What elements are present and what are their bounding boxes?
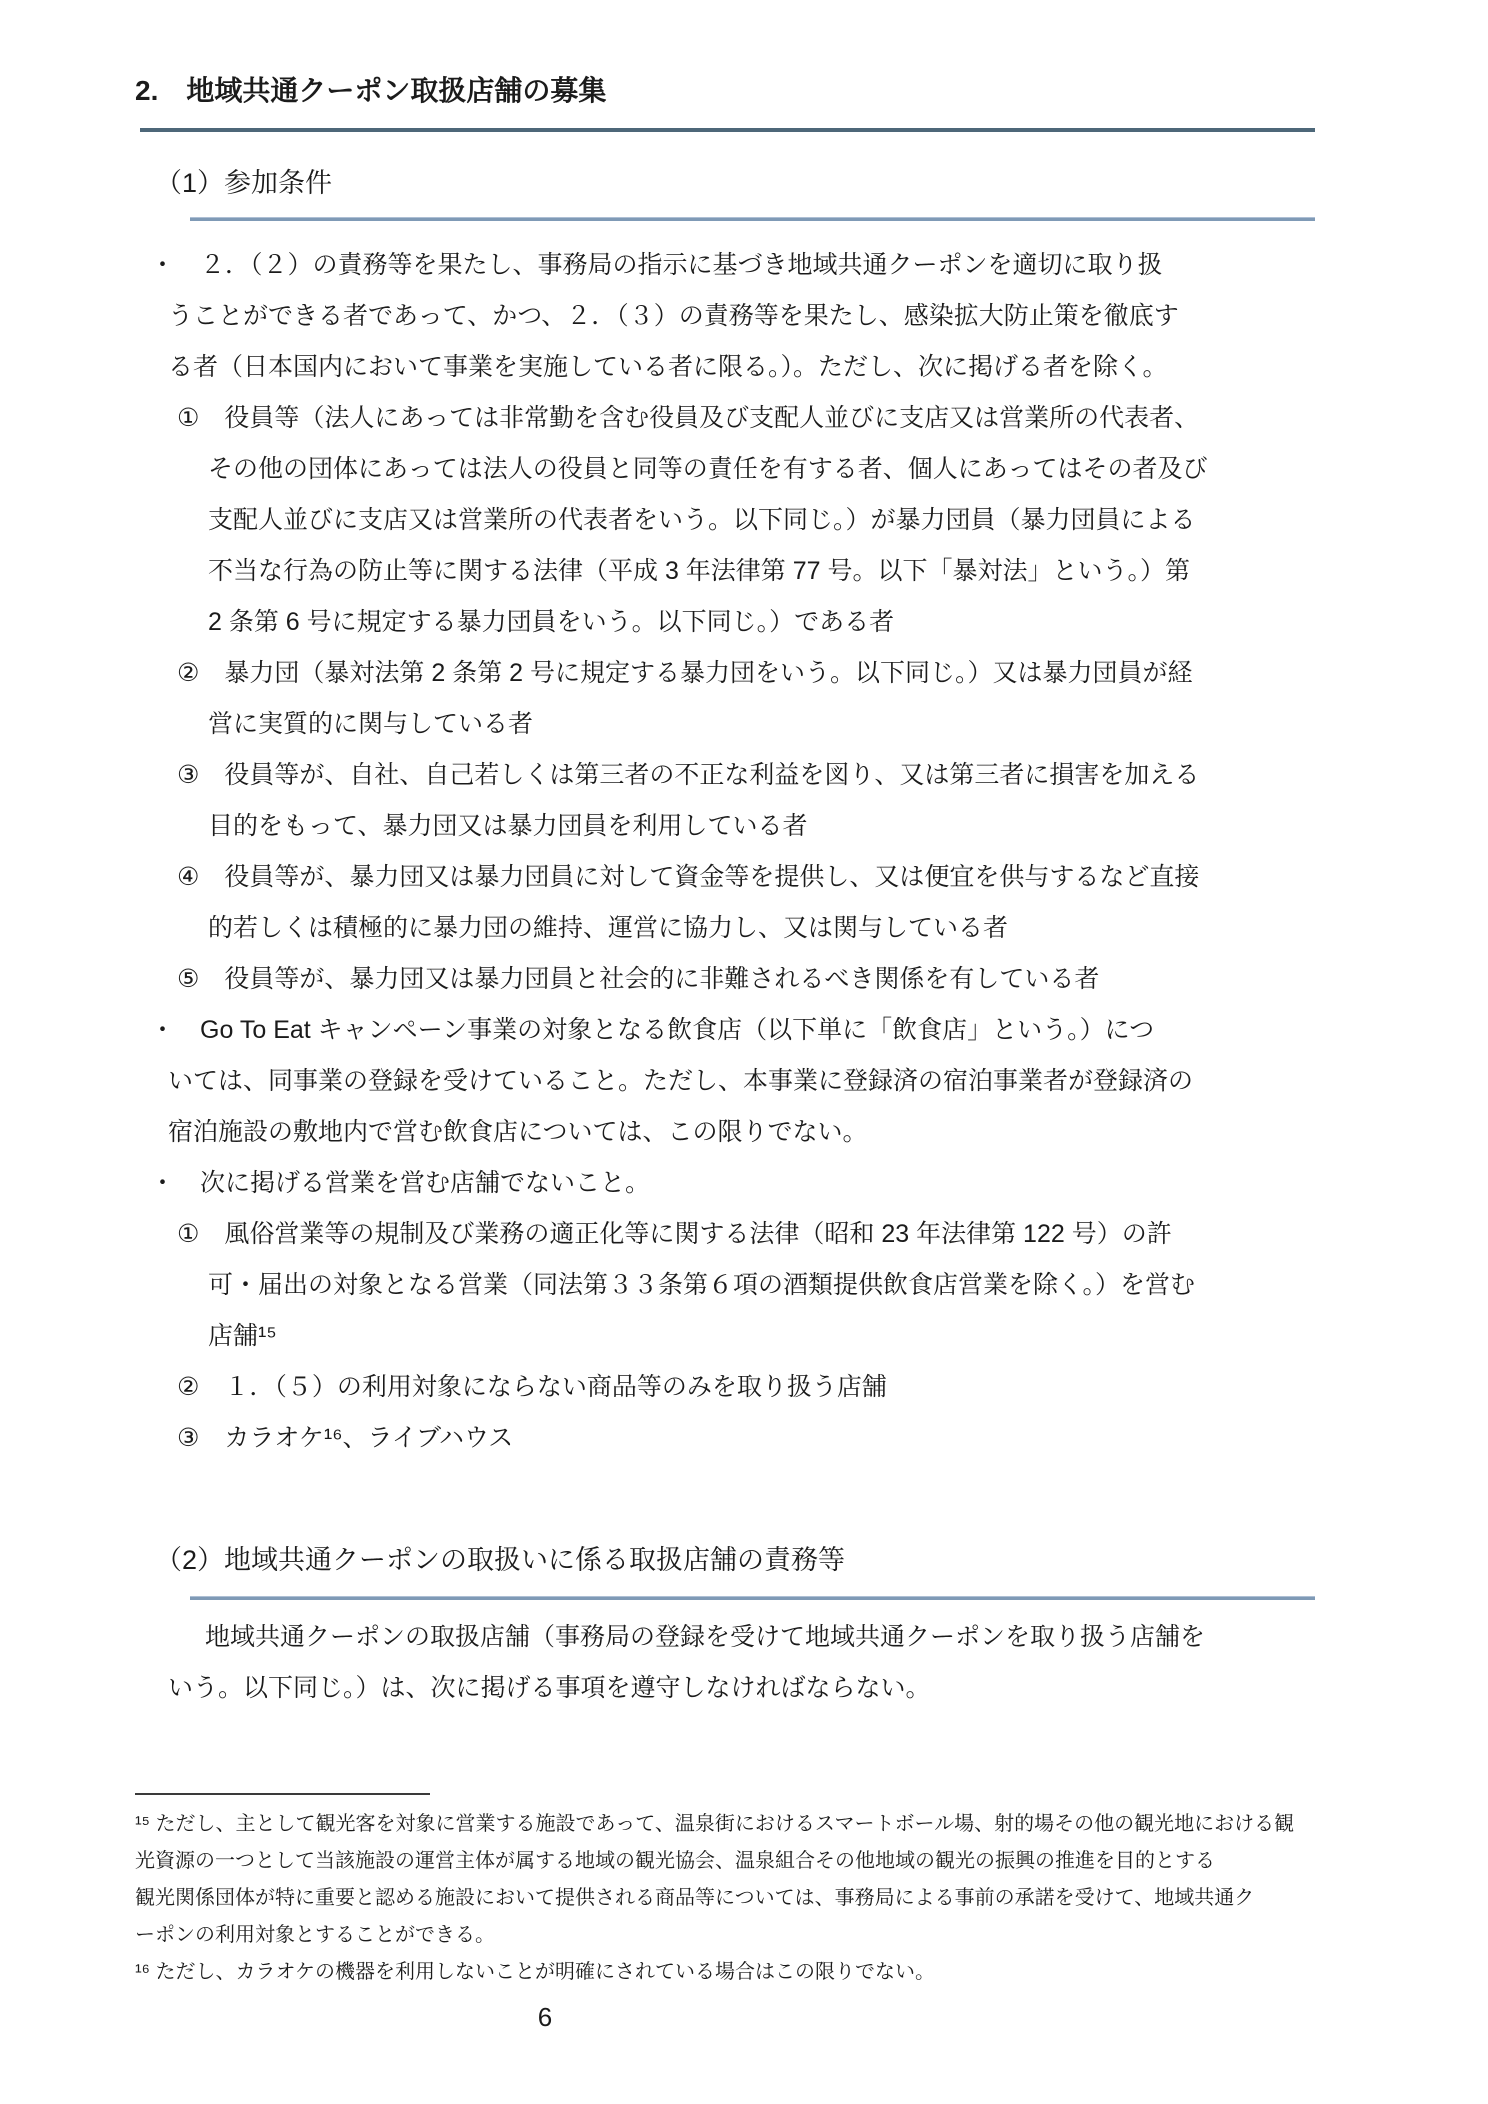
body-line-footnote-ref: 店舗¹⁵ xyxy=(208,1311,1488,1362)
numbered-item-1b: ① 風俗営業等の規制及び業務の適正化等に関する法律（昭和 23 年法律第 122… xyxy=(177,1209,1488,1260)
section-2-heading: （2）地域共通クーポンの取扱いに係る取扱店舗の責務等 xyxy=(155,1543,845,1577)
document-page: 2. 地域共通クーポン取扱店舗の募集 （1）参加条件 ・ ２．（２）の責務等を果… xyxy=(0,0,1488,2104)
numbered-item-3: ③ 役員等が、自社、自己若しくは第三者の不正な利益を図り、又は第三者に損害を加え… xyxy=(177,750,1488,801)
numbered-item-1: ① 役員等（法人にあっては非常勤を含む役員及び支配人並びに支店又は営業所の代表者… xyxy=(177,393,1488,444)
body-line: 的若しくは積極的に暴力団の維持、運営に協力し、又は関与している者 xyxy=(208,903,1488,954)
numbered-item-2: ② 暴力団（暴対法第 2 条第 2 号に規定する暴力団をいう。以下同じ。）又は暴… xyxy=(177,648,1488,699)
bullet-line: ・ ２．（２）の責務等を果たし、事務局の指示に基づき地域共通クーポンを適切に取り… xyxy=(150,240,1488,291)
body-line: 2 条第 6 号に規定する暴力団員をいう。以下同じ。）である者 xyxy=(208,597,1488,648)
body-line: うことができる者であって、かつ、２．（３）の責務等を果たし、感染拡大防止策を徹底… xyxy=(168,291,1488,342)
body-line: いう。以下同じ。）は、次に掲げる事項を遵守しなければならない。 xyxy=(168,1663,1488,1714)
numbered-item-5: ⑤ 役員等が、暴力団又は暴力団員と社会的に非難されるべき関係を有している者 xyxy=(177,954,1488,1005)
body-line: 支配人並びに支店又は営業所の代表者をいう。以下同じ。）が暴力団員（暴力団員による xyxy=(208,495,1488,546)
section-1-underline xyxy=(190,217,1315,221)
body-line: る者（日本国内において事業を実施している者に限る。）。ただし、次に掲げる者を除く… xyxy=(168,342,1488,393)
document-title: 2. 地域共通クーポン取扱店舗の募集 xyxy=(135,72,606,110)
section-1-body: ・ ２．（２）の責務等を果たし、事務局の指示に基づき地域共通クーポンを適切に取り… xyxy=(0,240,1488,1464)
footnote-divider xyxy=(135,1793,430,1795)
section-2-body: 地域共通クーポンの取扱店舗（事務局の登録を受けて地域共通クーポンを取り扱う店舗を… xyxy=(0,1612,1488,1714)
body-line: 可・届出の対象となる営業（同法第３３条第６項の酒類提供飲食店営業を除く。）を営む xyxy=(208,1260,1488,1311)
numbered-item-2b: ② １．（５）の利用対象にならない商品等のみを取り扱う店舗 xyxy=(177,1362,1488,1413)
body-line: 不当な行為の防止等に関する法律（平成 3 年法律第 77 号。以下「暴対法」とい… xyxy=(208,546,1488,597)
body-line: 宿泊施設の敷地内で営む飲食店については、この限りでない。 xyxy=(168,1107,1488,1158)
body-line: 目的をもって、暴力団又は暴力団員を利用している者 xyxy=(208,801,1488,852)
footnote-16-line: ¹⁶ ただし、カラオケの機器を利用しないことが明確にされている場合はこの限りでな… xyxy=(135,1954,1428,1991)
section-1-heading: （1）参加条件 xyxy=(155,166,332,200)
body-line: 営に実質的に関与している者 xyxy=(208,699,1488,750)
numbered-item-3b: ③ カラオケ¹⁶、ライブハウス xyxy=(177,1413,1488,1464)
numbered-item-4: ④ 役員等が、暴力団又は暴力団員に対して資金等を提供し、又は便宜を供与するなど直… xyxy=(177,852,1488,903)
body-line: 地域共通クーポンの取扱店舗（事務局の登録を受けて地域共通クーポンを取り扱う店舗を xyxy=(205,1612,1488,1663)
footnote-15-line: 観光関係団体が特に重要と認める施設において提供される商品等については、事務局によ… xyxy=(135,1880,1428,1917)
footnote-15-line: ¹⁵ ただし、主として観光客を対象に営業する施設であって、温泉街におけるスマート… xyxy=(135,1806,1428,1843)
title-underline xyxy=(140,128,1315,132)
body-line: その他の団体にあっては法人の役員と同等の責任を有する者、個人にあってはその者及び xyxy=(208,444,1488,495)
footnote-15-line: ーポンの利用対象とすることができる。 xyxy=(135,1917,1428,1954)
section-2-underline xyxy=(190,1596,1315,1600)
bullet-line: ・ Go To Eat キャンペーン事業の対象となる飲食店（以下単に「飲食店」と… xyxy=(150,1005,1488,1056)
body-line: いては、同事業の登録を受けていること。ただし、本事業に登録済の宿泊事業者が登録済… xyxy=(168,1056,1488,1107)
page-number: 6 xyxy=(515,2000,575,2034)
footnotes: ¹⁵ ただし、主として観光客を対象に営業する施設であって、温泉街におけるスマート… xyxy=(135,1806,1428,1991)
footnote-15-line: 光資源の一つとして当該施設の運営主体が属する地域の観光協会、温泉組合その他地域の… xyxy=(135,1843,1428,1880)
bullet-line: ・ 次に掲げる営業を営む店舗でないこと。 xyxy=(150,1158,1488,1209)
